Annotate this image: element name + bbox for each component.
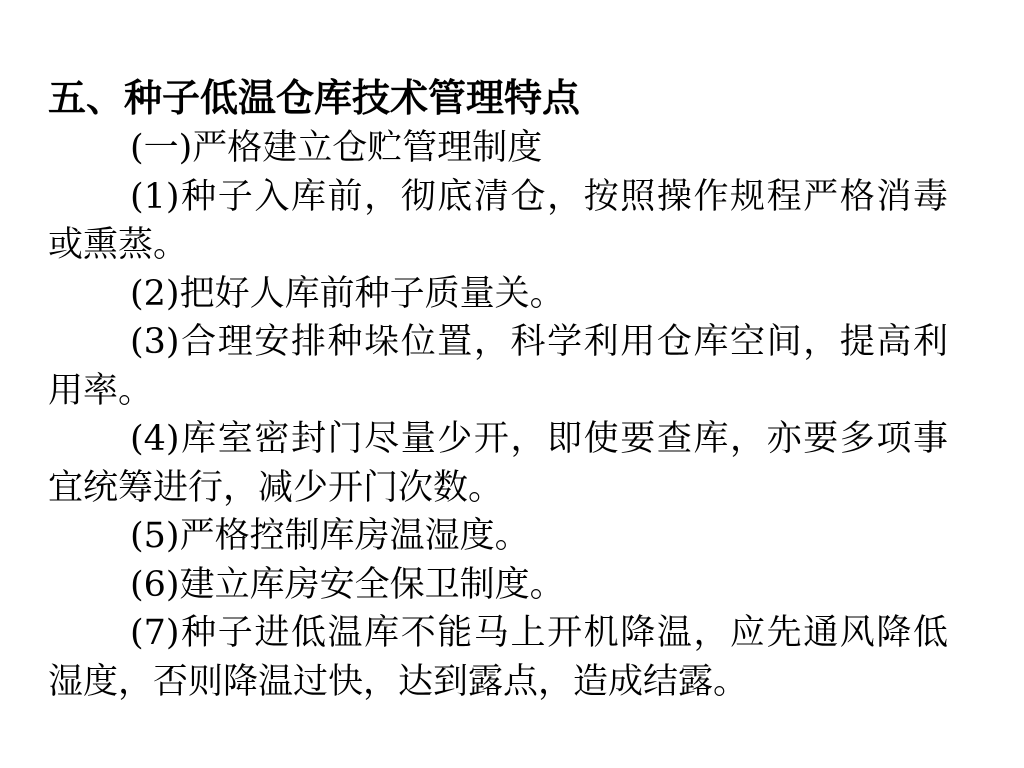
list-item-7: (7)种子进低温库不能马上开机降温，应先通风降低湿度，否则降温过快，达到露点，造… — [48, 609, 948, 706]
list-item-3: (3)合理安排种垛位置，科学利用仓库空间，提高利用率。 — [48, 318, 948, 415]
list-item-1: (1)种子入库前，彻底清仓，按照操作规程严格消毒或熏蒸。 — [48, 173, 948, 270]
list-item-6: (6)建立库房安全保卫制度。 — [48, 561, 948, 610]
section-subtitle: (一)严格建立仓贮管理制度 — [48, 124, 948, 173]
list-item-5: (5)严格控制库房温湿度。 — [48, 512, 948, 561]
slide-content: 五、种子低温仓库技术管理特点 (一)严格建立仓贮管理制度 (1)种子入库前，彻底… — [48, 72, 948, 706]
list-item-4: (4)库室密封门尽量少开，即使要查库，亦要多项事宜统筹进行，减少开门次数。 — [48, 415, 948, 512]
slide-title: 五、种子低温仓库技术管理特点 — [48, 72, 948, 124]
list-item-2: (2)把好人库前种子质量关。 — [48, 270, 948, 319]
